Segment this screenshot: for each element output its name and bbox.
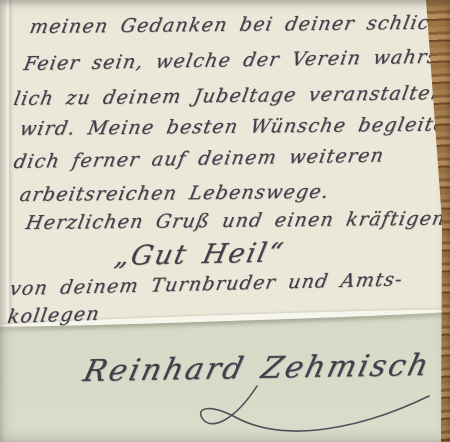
handwritten-line-5: dich ferner auf deinem weiteren bbox=[12, 145, 386, 173]
letter-photo: meinen Gedanken bei deiner schlichten Fe… bbox=[0, 0, 450, 442]
handwritten-line-6: arbeitsreichen Lebenswege. bbox=[18, 181, 331, 206]
paper-left-crease bbox=[6, 0, 9, 332]
handwritten-line-4: wird. Meine besten Wünsche begleiten bbox=[18, 113, 450, 140]
handwritten-line-10: kollegen bbox=[6, 303, 102, 328]
handwritten-line-9: von deinem Turnbruder und Amts- bbox=[8, 268, 405, 300]
handwritten-line-2: Feier sein, welche der Verein wahrschein… bbox=[22, 45, 450, 75]
signature-flourish bbox=[195, 382, 435, 440]
letter-paper: meinen Gedanken bei deiner schlichten Fe… bbox=[0, 0, 450, 442]
gut-heil-salute: „Gut Heil“ bbox=[112, 237, 287, 272]
handwritten-line-7: Herzlichen Gruß und einen kräftigen bbox=[24, 208, 448, 234]
handwritten-line-1: meinen Gedanken bei deiner schlichten bbox=[28, 11, 450, 38]
handwritten-line-3: lich zu deinem Jubeltage veranstalten bbox=[12, 82, 446, 110]
